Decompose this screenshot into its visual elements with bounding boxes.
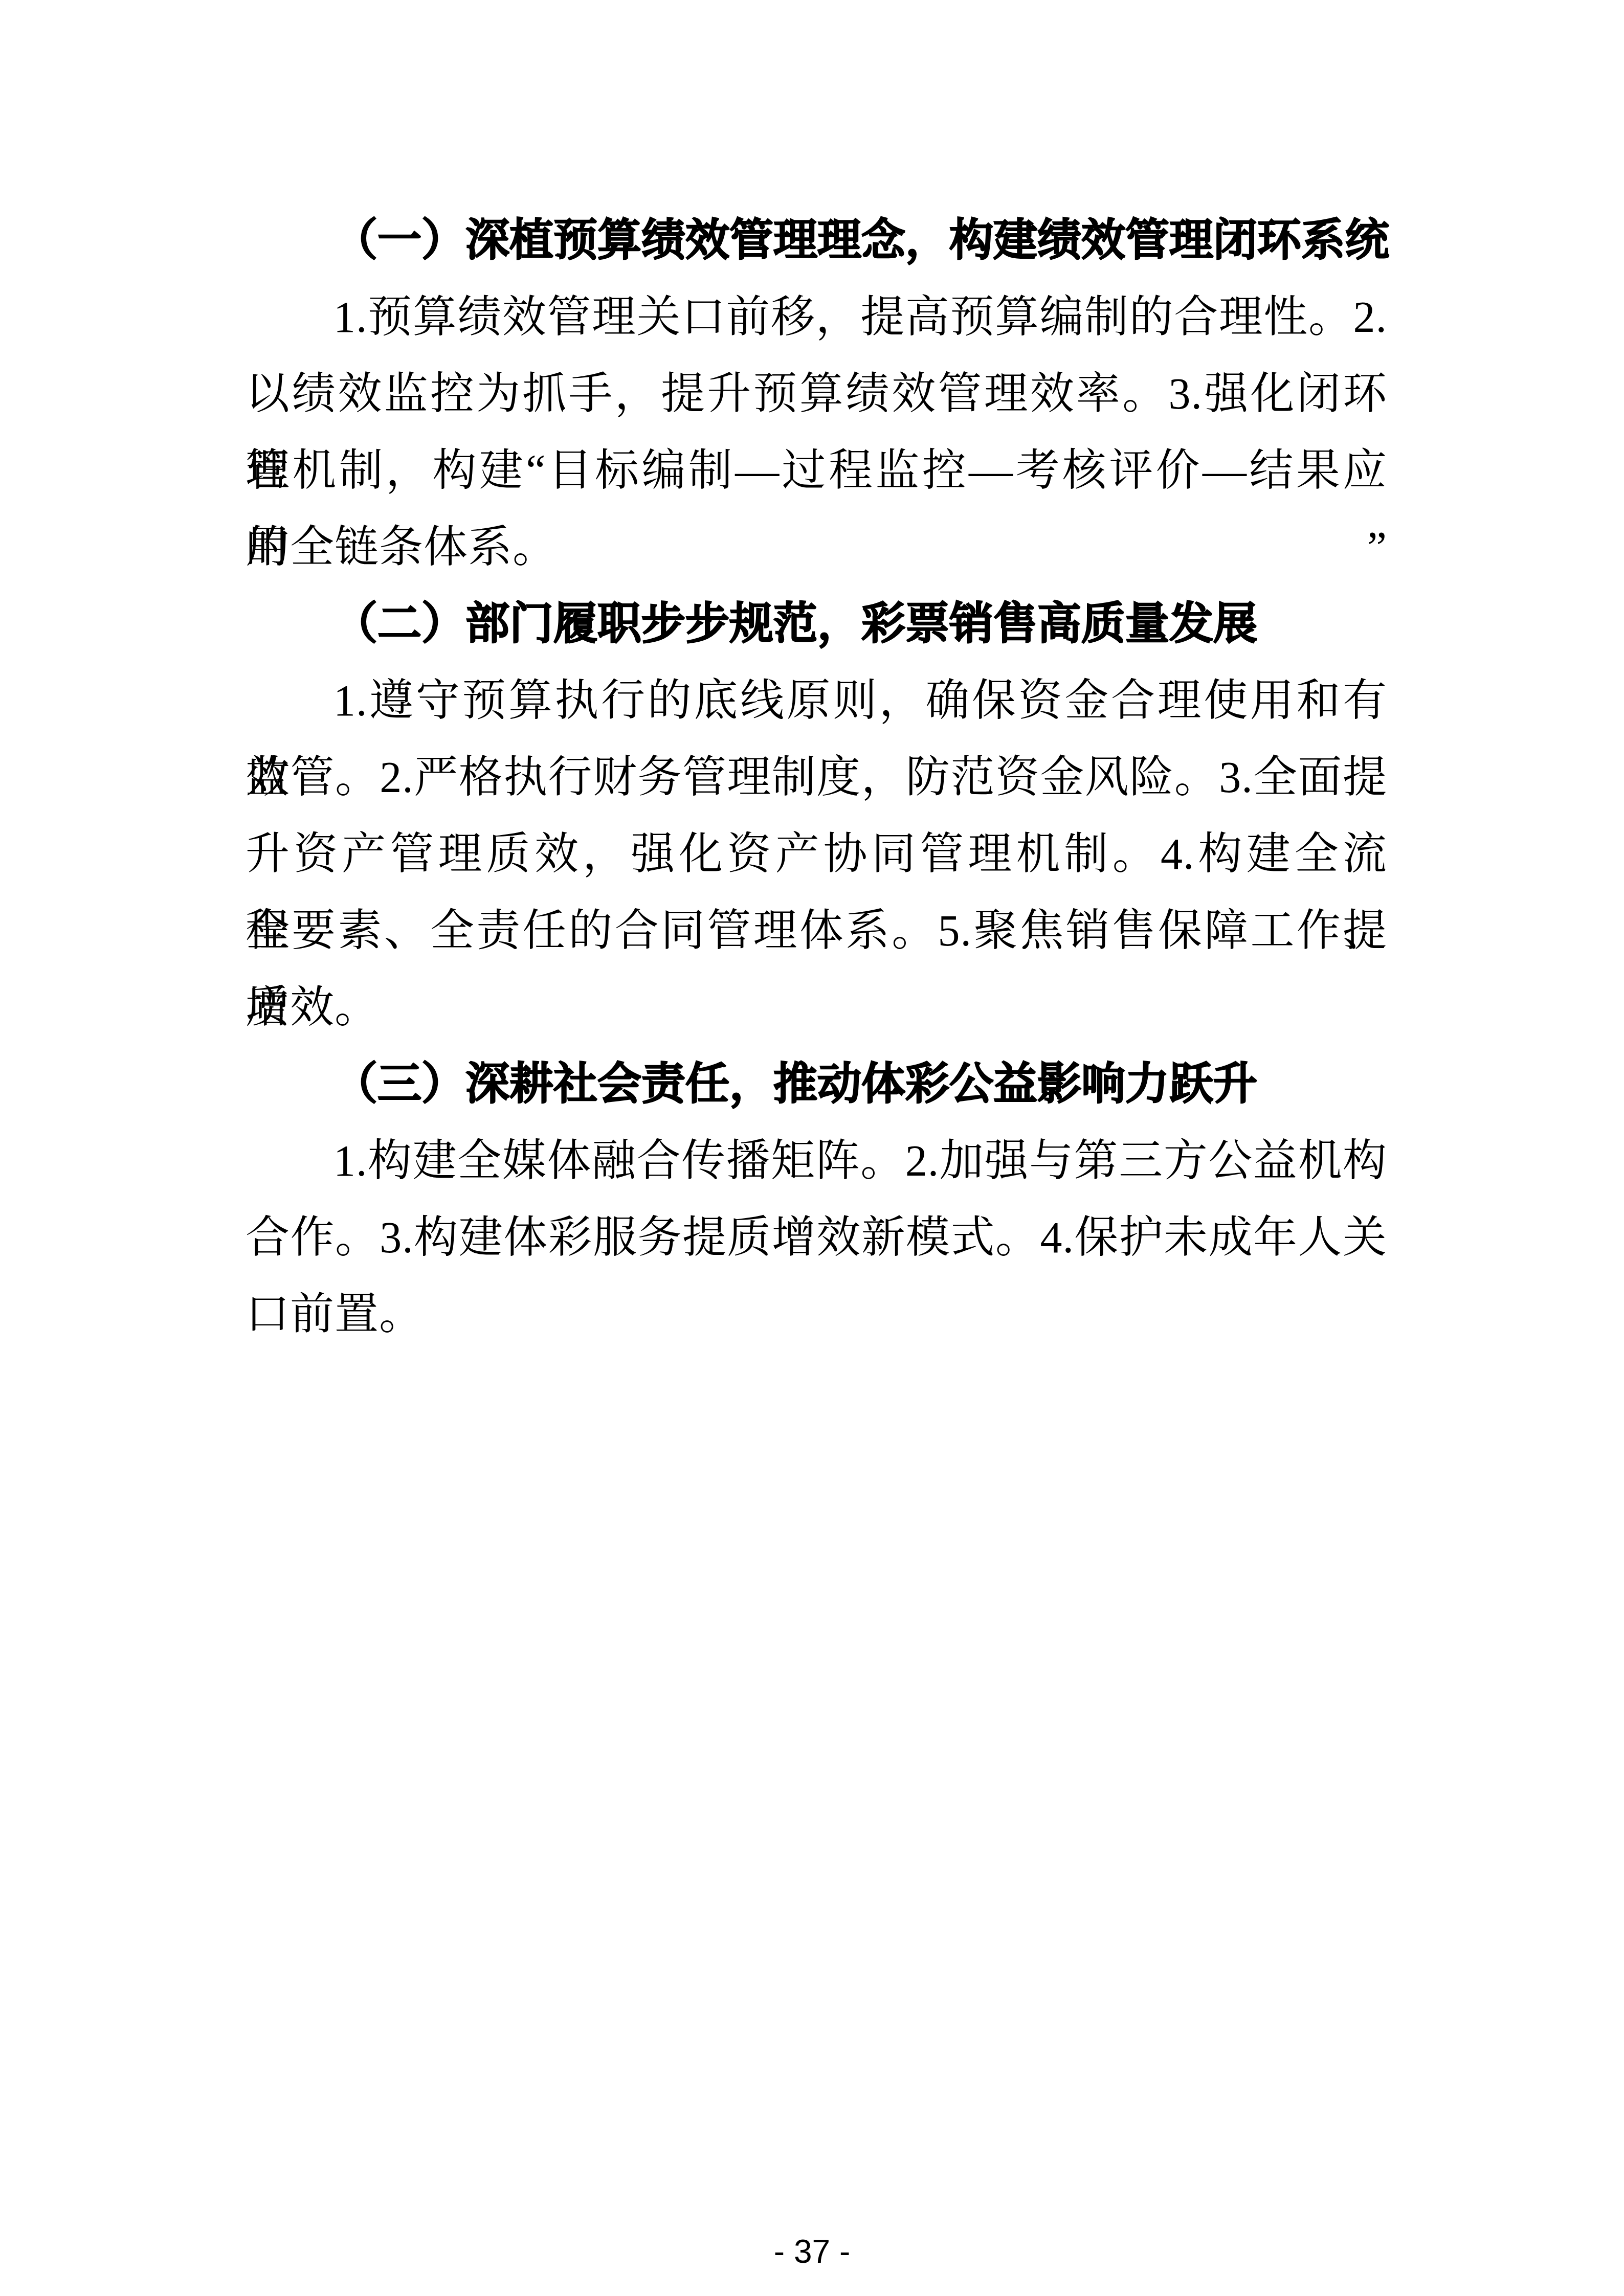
section-heading: （二）部门履职步步规范，彩票销售高质量发展 [246, 586, 1387, 662]
body-line: 1.预算绩效管理关口前移，提高预算编制的合理性。2. [246, 279, 1387, 355]
body-line: 理机制，构建“目标编制—过程监控—考核评价—结果应用” [246, 432, 1387, 509]
body-line: 增效。 [246, 969, 1387, 1046]
page-number: - 37 - [0, 2231, 1624, 2272]
text-column: （一）深植预算绩效管理理念，构建绩效管理闭环系统1.预算绩效管理关口前移，提高预… [246, 202, 1387, 1353]
body-line: 1.构建全媒体融合传播矩阵。2.加强与第三方公益机构 [246, 1122, 1387, 1199]
body-line: 合作。3.构建体彩服务提质增效新模式。4.保护未成年人关 [246, 1199, 1387, 1276]
section-heading: （一）深植预算绩效管理理念，构建绩效管理闭环系统 [246, 202, 1387, 279]
body-line: 1.遵守预算执行的底线原则，确保资金合理使用和有效 [246, 662, 1387, 739]
body-line: 监管。2.严格执行财务管理制度，防范资金风险。3.全面提 [246, 739, 1387, 816]
section-heading: （三）深耕社会责任，推动体彩公益影响力跃升 [246, 1046, 1387, 1122]
document-page: （一）深植预算绩效管理理念，构建绩效管理闭环系统1.预算绩效管理关口前移，提高预… [0, 0, 1624, 2296]
body-line: 以绩效监控为抓手，提升预算绩效管理效率。3.强化闭环管 [246, 355, 1387, 432]
body-line: 升资产管理质效，强化资产协同管理机制。4.构建全流程、 [246, 816, 1387, 892]
body-line: 口前置。 [246, 1276, 1387, 1353]
body-line: 全要素、全责任的合同管理体系。5.聚焦销售保障工作提质 [246, 892, 1387, 969]
